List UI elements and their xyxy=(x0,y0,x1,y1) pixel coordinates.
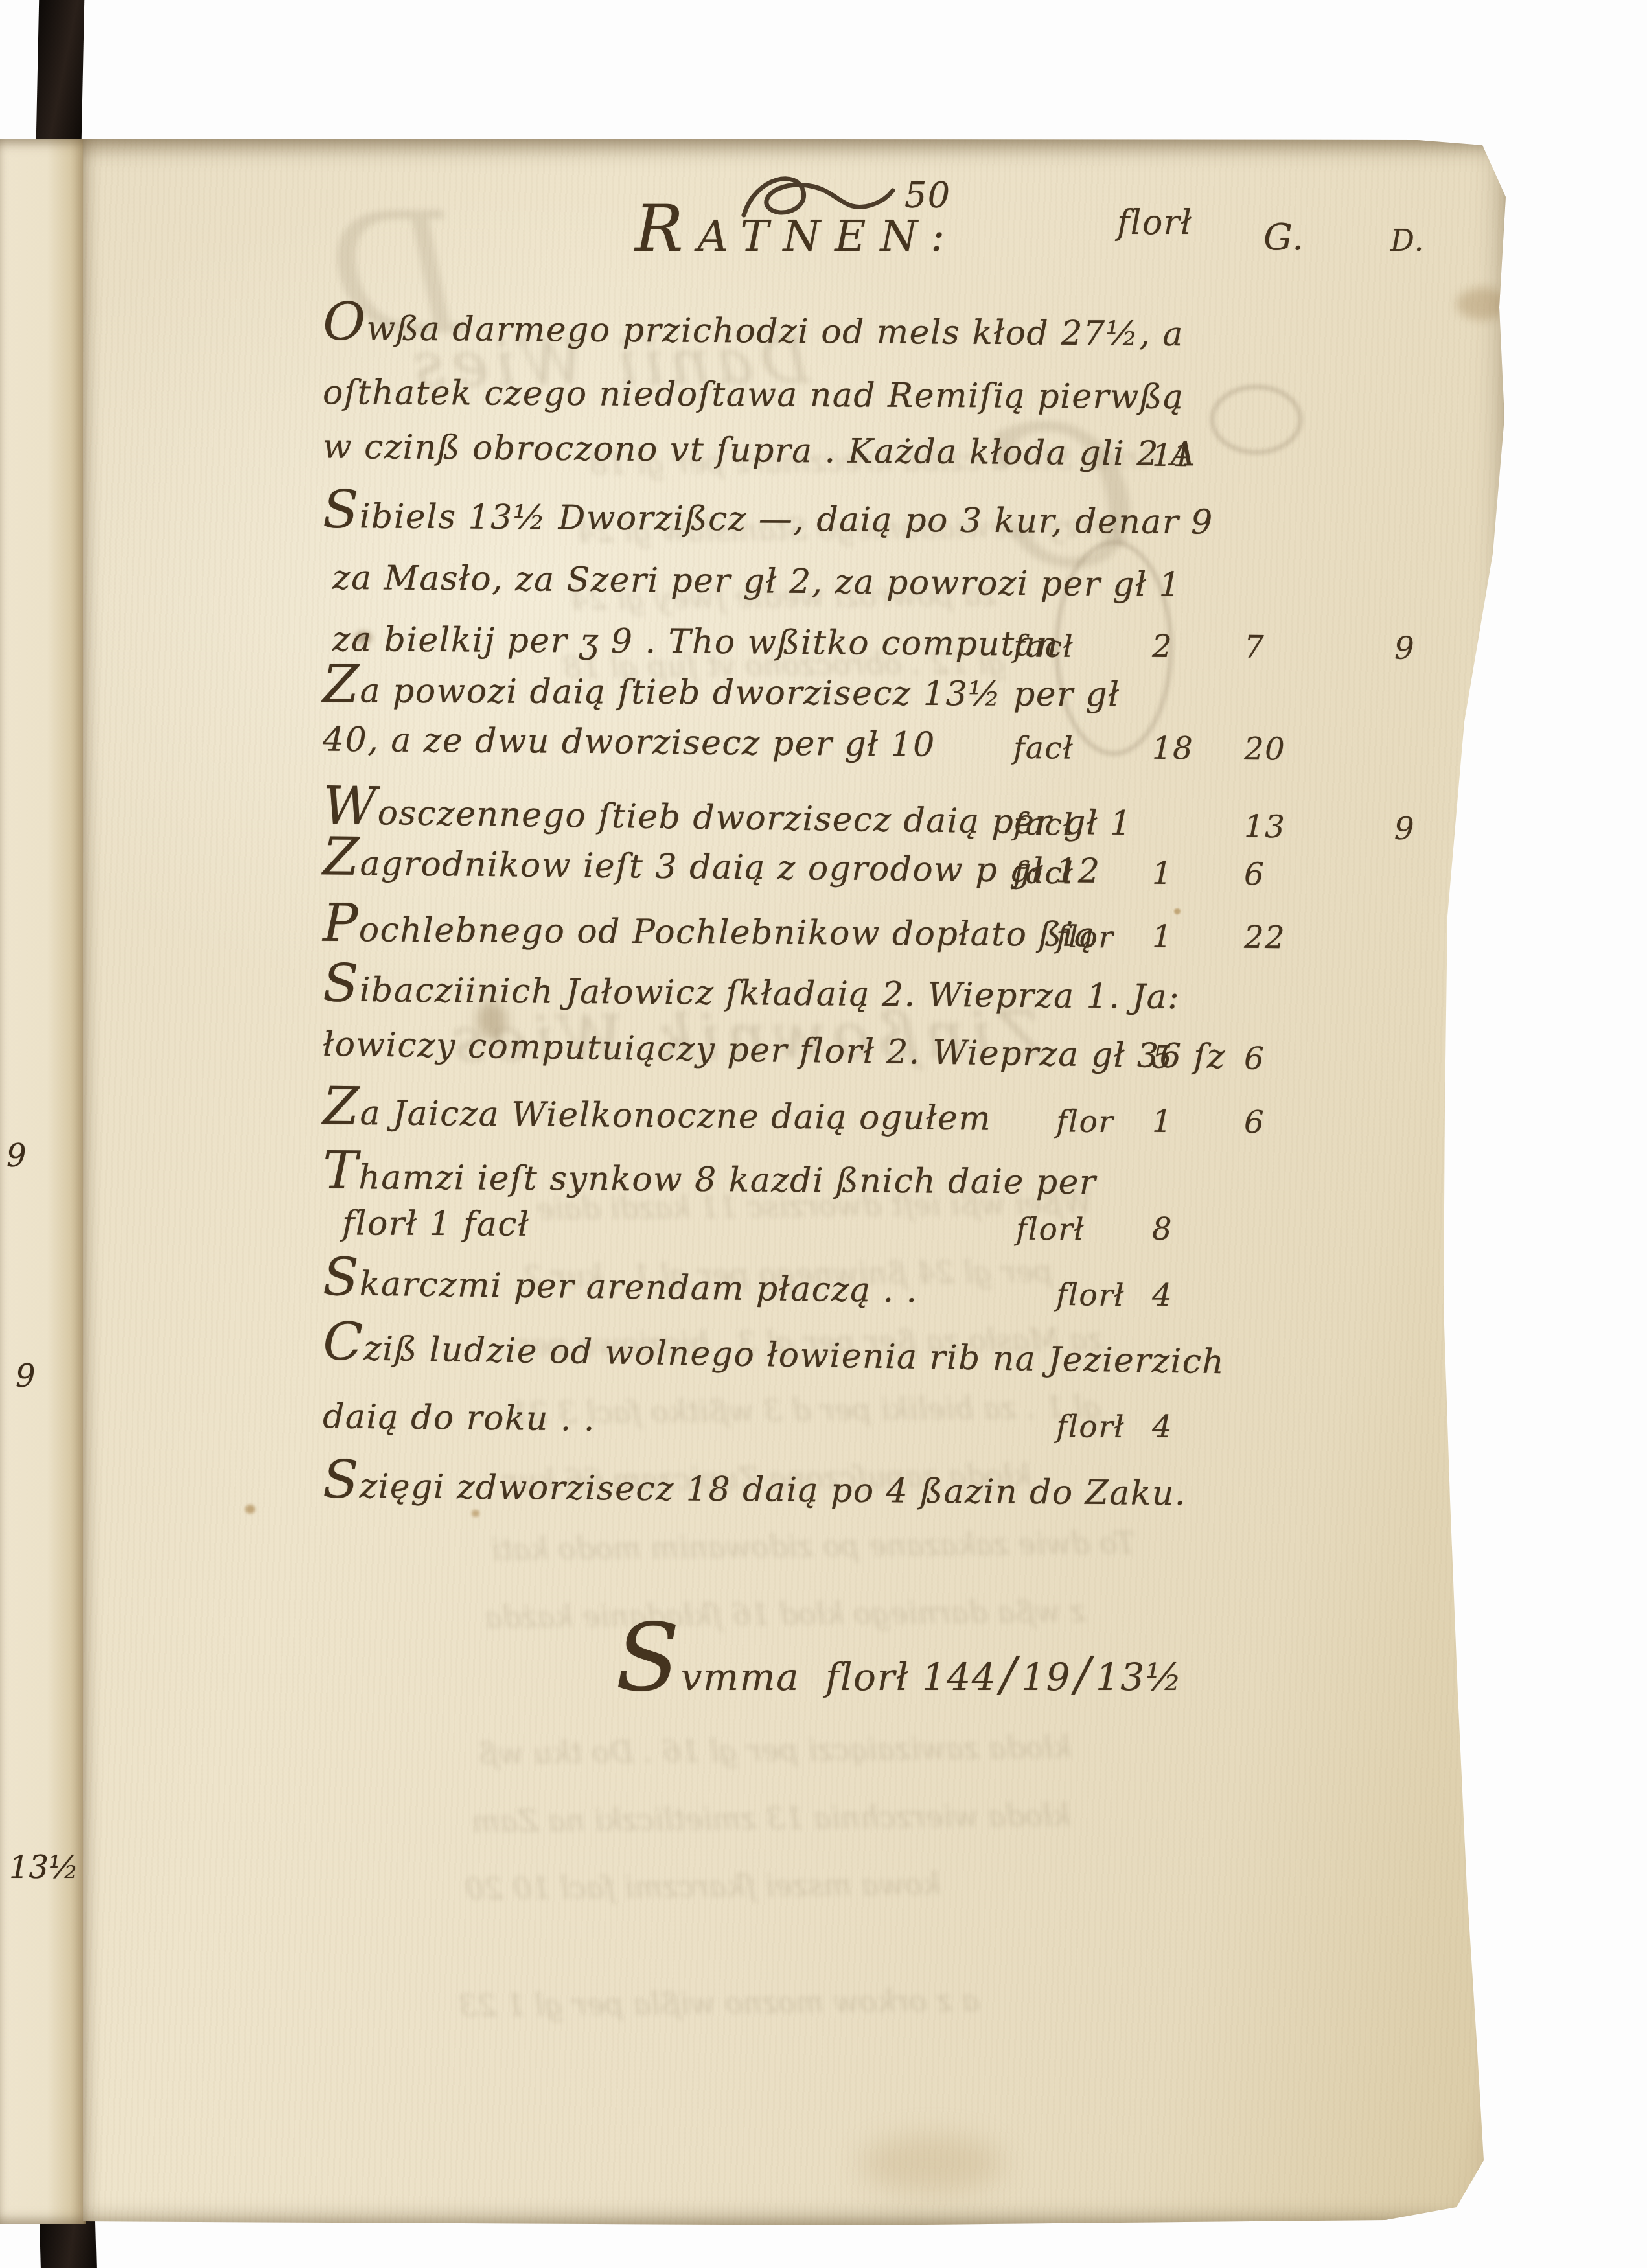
summa-unit: florł xyxy=(825,1655,909,1699)
ledger-line-text: Cziß ludzie od wolnego łowienia rib na J… xyxy=(323,1328,1225,1382)
ledger-line-text: oſthatek czego niedoſtawa nad Remiſią pi… xyxy=(323,373,1184,417)
ledger-line: Skarczmi per arendam płaczą . . florł 4 xyxy=(83,1261,1517,1337)
ledger-line-text: florł 1 facł xyxy=(342,1204,530,1244)
ledger-line-text: Owßa darmego przichodzi od mels kłod 27½… xyxy=(323,309,1184,354)
bleedthrough-line: z wßa darniego kłod 16 ſkładanie każda xyxy=(485,1593,1086,1635)
ink-blot xyxy=(1493,796,1520,820)
bleedthrough-line: a z orkow mozno wißla per gl 1 23 xyxy=(459,1983,980,2023)
value-flor: 2 xyxy=(1152,629,1173,665)
ledger-line: daią do roku . . florł 4 xyxy=(83,1394,1517,1468)
ledger-line: za Masło, za Szeri per gł 2, za powrozi … xyxy=(83,556,1517,627)
ledger-line-text: Za Jaicza Wielkonoczne daią ogułem xyxy=(323,1094,992,1139)
ledger-line: Owßa darmego przichodzi od mels kłod 27½… xyxy=(83,307,1517,375)
ledger-line: Pochlebnego od Pochlebnikow dopłato ßią … xyxy=(83,908,1517,977)
ink-blot xyxy=(1504,981,1516,989)
ledger-line: Sibiels 13½ Dworzißcz —, daią po 3 kur, … xyxy=(83,495,1517,563)
value-grossi: 6 xyxy=(1244,856,1265,892)
value-flor: 4 xyxy=(1152,1277,1173,1313)
ledger-line-text: Szięgi zdworzisecz 18 daią po 4 ßazin do… xyxy=(323,1467,1186,1514)
stain xyxy=(860,2135,1003,2193)
unit-label: florł xyxy=(1016,1212,1085,1248)
margin-note: 13½ xyxy=(9,1849,79,1886)
stain xyxy=(1457,288,1508,320)
margin-note: 9 xyxy=(16,1358,36,1394)
unit-label: facł xyxy=(1013,629,1074,665)
summa-grossi: 19 xyxy=(1021,1655,1071,1699)
ledger-line: w czinß obroczono vt ſupra . Każda kłoda… xyxy=(83,425,1517,496)
ledger-line-text: Sibiels 13½ Dworzißcz —, daią po 3 kur, … xyxy=(323,497,1214,542)
unit-label: facł xyxy=(1013,807,1074,843)
value-flor: 18 xyxy=(1152,730,1194,767)
binding-strip-top xyxy=(36,0,85,143)
unit-label: florł xyxy=(1056,1277,1125,1313)
ledger-line: Szięgi zdworzisecz 18 daią po 4 ßazin do… xyxy=(83,1464,1517,1535)
value-denar: 9 xyxy=(1394,811,1416,847)
ledger-line-text: Zagrodnikow ieſt 3 daią z ogrodow p gł 1… xyxy=(323,844,1101,891)
ledger-line-text: w czinß obroczono vt ſupra . Każda kłoda… xyxy=(323,428,1196,474)
summa-separator: / xyxy=(1071,1647,1096,1702)
ledger-line-text: Za powozi daią ſtieb dworzisecz 13½ per … xyxy=(323,671,1120,714)
value-flor: 4 xyxy=(1152,1409,1173,1445)
bleedthrough-line: kłoda zawizaiączi per gl 16 . Do tku wß xyxy=(478,1730,1072,1771)
ledger-line-text: Sibacziinich Jałowicz ſkładaią 2. Wieprz… xyxy=(323,971,1181,1017)
bleedthrough-line: kłoda wierzchnia 13 zmietliczki na Zam xyxy=(472,1798,1071,1839)
ledger-line-text: daią do roku . . xyxy=(323,1397,595,1439)
bleedthrough-line: To dwie zakazane po zidowanim modo kati xyxy=(491,1525,1135,1567)
value-grossi: 20 xyxy=(1244,731,1286,768)
unit-label: florł xyxy=(1056,1409,1125,1445)
unit-label: facł xyxy=(1013,730,1074,767)
value-grossi: 13 xyxy=(1244,809,1286,846)
manuscript-page: D C Danii Wies Zinßownik Wies Anna Stara… xyxy=(83,139,1516,2225)
ledger-line-text: za bielkij per ʒ 9 . Tho wßitko computan xyxy=(332,620,1059,664)
value-flor: 8 xyxy=(1152,1211,1173,1247)
previous-page-edge: 9 9 13½ xyxy=(0,139,86,2224)
summa-denar: 13½ xyxy=(1096,1655,1183,1699)
column-header-grossi: G. xyxy=(1263,216,1305,259)
ledger-line-text: Skarczmi per arendam płaczą . . xyxy=(323,1264,918,1310)
value-flor: 5 xyxy=(1152,1039,1173,1076)
value-flor: 1 xyxy=(1152,1104,1173,1140)
unit-label: flor xyxy=(1056,920,1114,956)
summa-text: Svmma florł 144/19/13½ xyxy=(616,1647,1182,1702)
value-flor: 1 xyxy=(1152,919,1173,955)
bleedthrough-line: kowa mszei ſkarczmi facl 10 20 xyxy=(465,1866,941,1906)
summa-label: Svmma xyxy=(616,1655,800,1699)
value-flor: 11 xyxy=(1152,437,1194,474)
column-header-flor: florł xyxy=(1117,203,1192,242)
summa-flor: 144 xyxy=(922,1655,996,1699)
unit-label: flor xyxy=(1056,1104,1114,1140)
column-header-denar: D. xyxy=(1390,223,1425,258)
ledger-line-text: Wosczennego ſtieb dworzisecz daią per gł… xyxy=(323,793,1133,843)
page-title: RATNEN: xyxy=(635,211,959,261)
ledger-line-text: Thamzi ieſt synkow 8 kazdi ßnich daie pe… xyxy=(323,1158,1097,1202)
ledger-line-text: Pochlebnego od Pochlebnikow dopłato ßią xyxy=(323,910,1096,955)
margin-note: 9 xyxy=(6,1138,27,1174)
page-number: 50 xyxy=(904,175,951,216)
value-grossi: 7 xyxy=(1244,629,1265,665)
scanned-manuscript: 9 9 13½ D C Danii Wies Zinßownik Wies An… xyxy=(0,0,1647,2268)
ledger-line: florł 1 facł florł 8 xyxy=(83,1203,1516,1269)
ledger-line-text: 40, a ze dwu dworzisecz per gł 10 xyxy=(323,721,936,765)
binding-strip-bottom xyxy=(40,2219,97,2268)
value-grossi: 22 xyxy=(1244,920,1285,956)
ledger-line: Za Jaicza Wielkonoczne daią ogułem flor … xyxy=(83,1091,1517,1162)
value-denar: 9 xyxy=(1394,630,1415,666)
ledger-line-text: za Masło, za Szeri per gł 2, za powrozi … xyxy=(332,559,1182,605)
unit-label: facł xyxy=(1013,855,1074,891)
ledger-line: 40, a ze dwu dworzisecz per gł 10 facł 1… xyxy=(83,718,1517,789)
summa-separator: / xyxy=(996,1647,1021,1702)
summa-line: Svmma florł 144/19/13½ xyxy=(83,1647,1516,1702)
value-grossi: 6 xyxy=(1244,1104,1265,1140)
value-grossi: 6 xyxy=(1244,1041,1265,1077)
value-flor: 1 xyxy=(1152,855,1173,892)
ledger-line: Cziß ludzie od wolnego łowienia rib na J… xyxy=(82,1325,1516,1406)
